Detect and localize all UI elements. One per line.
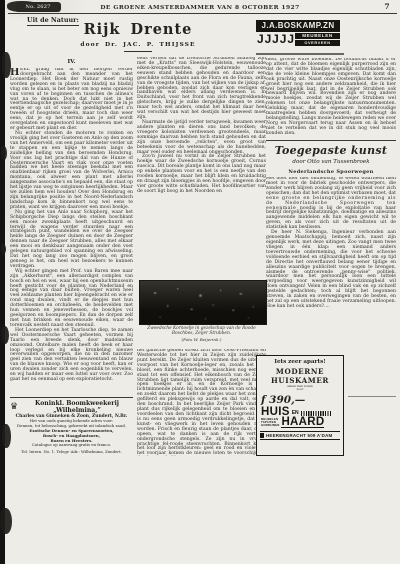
section-byline: door Otto van Tussenbroek [266, 159, 396, 165]
logo-rule [256, 53, 344, 55]
ad-line: Catalogus op aanvraag gratis en franco. [10, 443, 133, 448]
article-column-1: HEEL graag had ik den morgen verder door… [10, 68, 133, 394]
ad-price: f 390,— [261, 394, 340, 406]
ad-footer: Tel. Intern. No. 1. Telegr.-Adr.: Wilhel… [10, 449, 133, 454]
article-column-3: men, groote witte bloemen. De botanicus … [266, 58, 396, 138]
tulip-glyphs: JJJJJ [256, 33, 295, 46]
column-divider-rule [10, 397, 133, 398]
section-column: Het doet hier niet ondienstig, te weten … [266, 177, 396, 338]
masthead-title: DE GROENE AMSTERDAMMER VAN 8 OCTOBER 192… [60, 4, 340, 11]
section-subhead: Nederlandsche Spoorwegen [266, 169, 396, 175]
boomkweekerij-ad: ♛ Koninkl. Boomkweekerij „Wilhelmina,” C… [10, 400, 133, 454]
margin-rule [348, 396, 396, 397]
scan-artifact [1, 326, 9, 344]
article-paragraph: Wij echter gingen met Prof. van Baren me… [10, 270, 133, 329]
boskamp-tagline-2: OVERVEEN [295, 39, 340, 46]
scan-artifact [1, 146, 7, 160]
photo-caption: Zweedsche Kornoelje in gezelschap van de… [133, 326, 270, 342]
article-paragraph: HEEL graag had ik den morgen verder door… [10, 68, 133, 132]
boskamp-wordmark: J.A.BOSKAMP.ZN [256, 20, 340, 32]
huis-en-haard-logo: HUIS EN MEUBELEN TAPIJTEN GORDIJNEN HAAR… [261, 407, 340, 428]
section-divider-rule [266, 140, 396, 141]
brand-sublines: MEUBELEN TAPIJTEN GORDIJNEN [261, 418, 279, 428]
scan-artifact [1, 244, 6, 254]
dropcap: H [10, 68, 19, 77]
article-paragraph: Nu ging het van Anlo naar Schipborg, waa… [10, 211, 133, 270]
scan-edge-strip [0, 0, 5, 564]
photo-credit: (Foto W. Beijerink.) [133, 337, 270, 342]
crown-icon: ♛ [10, 403, 18, 412]
address-block-icon [260, 433, 264, 438]
article-byline: door Dr. JAC. P. THIJSSE [10, 41, 266, 48]
article-paragraph: eens verteld dat de Drentsche Strubben a… [137, 57, 266, 121]
brand-word-haard: HAARD [281, 418, 324, 429]
article-column-2-top: eens verteld dat de Drentsche Strubben a… [137, 57, 266, 278]
boskamp-logo-ad: J.A.BOSKAMP.ZN JJJJJ MEUBELEN OVERVEEN [256, 20, 340, 46]
article-paragraph: Het Loonerdiep en het Taarlosche diep, t… [10, 329, 133, 383]
article-paragraph: het gansche gebied strekt zich door Oost… [137, 349, 266, 456]
article-paragraph: De heer N. Siekenga, Ingenieur verbonden… [266, 231, 396, 310]
ad-subline: voor [260, 388, 340, 392]
page-number: 7 [378, 2, 396, 11]
article-paragraph: Het doet hier niet ondienstig, te weten … [266, 177, 396, 231]
article-paragraph: Zoo'n juweel nu vormt in de Zeijer Strub… [137, 155, 266, 194]
article-photo [139, 280, 267, 325]
article-title: Rijk Drente [10, 21, 266, 38]
ad-title: Koninkl. Boomkweekerij „Wilhelmina,” [21, 400, 133, 414]
masthead-rule [8, 13, 397, 14]
ad-address: HEERENGRACHT 509 A'DAM [266, 433, 332, 438]
ad-headline: MODERNE HUISKAMER [260, 367, 340, 385]
scan-artifact [0, 508, 12, 534]
article-paragraph: Nu echter stonden de motoren te ronken e… [10, 132, 133, 211]
article-paragraph: men, groote witte bloemen. De botanicus … [266, 58, 396, 137]
ad-tagline: Iets zeer aparts! [260, 359, 340, 365]
huiskamer-ad: Iets zeer aparts! MODERNE HUISKAMER eike… [256, 355, 344, 456]
article-paragraph: Naarmate de ijstijd verder terugweek, kw… [137, 121, 266, 155]
part-heading: IV. [10, 59, 133, 65]
article-column-2-bottom: het gansche gebied strekt zich door Oost… [137, 349, 266, 456]
issue-number-badge: No. 2627 [15, 2, 61, 12]
section-title: Toegepaste kunst [266, 144, 396, 157]
newspaper-page: No. 2627 DE GROENE AMSTERDAMMER VAN 8 OC… [0, 0, 400, 564]
byline-rule [124, 51, 152, 52]
